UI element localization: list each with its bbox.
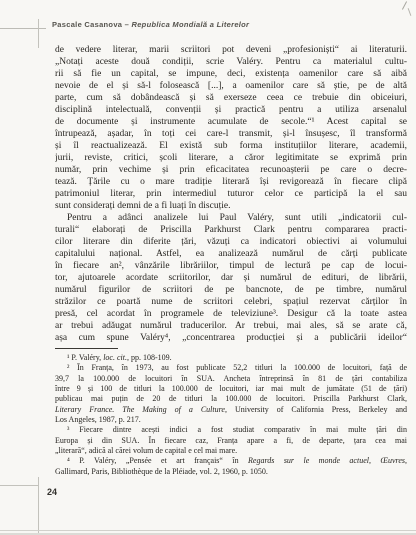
- text-line: cilor literare din diferite țări, văzuți…: [55, 236, 407, 248]
- text-line: ¹ P. Valéry, loc. cit., pp. 108-109.: [55, 353, 407, 363]
- text-line: în fiecare an², vânzările librăriilor, t…: [55, 260, 407, 272]
- text-line: Pentru a adânci analizele lui Paul Valér…: [55, 212, 407, 224]
- text-line: jurii, reviste, critici, școli literare,…: [55, 152, 407, 164]
- footnotes: ¹ P. Valéry, loc. cit., pp. 108-109.² În…: [55, 353, 407, 477]
- text-line: parte, cum să dobândească și să exerseze…: [55, 92, 407, 104]
- text-line: așa cum spune Valéry⁴, „concentrarea pro…: [55, 332, 407, 344]
- text-line: disciplină intelectuală, convenții și pr…: [55, 104, 407, 116]
- text-line: sunt considerați demni de a fi luați în …: [55, 200, 407, 212]
- text-line: 39,7 la 100.000 de locuitori în SUA. Anc…: [55, 374, 407, 384]
- scan-mark-bottom-edge: [0, 530, 416, 531]
- text-line: presă, cel acordat în programele de tele…: [55, 308, 407, 320]
- text-line: tează. Țările cu o mare tradiție literar…: [55, 176, 407, 188]
- text-line: și îl reactualizează. El există sub form…: [55, 140, 407, 152]
- text-line: ² În Franța, în 1973, au fost publicate …: [55, 363, 407, 373]
- text-line: publicau mai puțin de 20 de titluri la 1…: [55, 394, 407, 404]
- scan-mark-top-left-horizontal: [0, 28, 46, 29]
- text-line: ar trebui adăugat numărul traducerilor. …: [55, 320, 407, 332]
- text-line: rii să fie un capital, se impune, deci, …: [55, 68, 407, 80]
- scan-mark-bottom-left-horizontal: [0, 485, 39, 486]
- scan-mark-top-right: [402, 1, 407, 9]
- running-header: Pascale Casanova – Republica Mondială a …: [52, 20, 249, 29]
- running-header-author: Pascale Casanova –: [52, 20, 132, 29]
- text-line: „Notați aceste două condiții, scrie Valé…: [55, 56, 407, 68]
- text-line: capitalului național. Astfel, ea analize…: [55, 248, 407, 260]
- scan-mark-bottom-left-vertical: [38, 477, 39, 533]
- text-line: de documente și instrumente acumulate de…: [55, 116, 407, 128]
- page-number: 24: [47, 487, 57, 497]
- text-line: patrimoniul literar, prin intermediul tu…: [55, 188, 407, 200]
- text-line: Los Angeles, 1987, p. 217.: [55, 415, 407, 425]
- text-line: ⁴ P. Valéry, „Pensée et art français“ în…: [55, 456, 407, 466]
- text-line: de vedere literar, marii scriitori pot d…: [55, 44, 407, 56]
- text-line: Europa și din SUA. În fiecare caz, Franț…: [55, 436, 407, 446]
- text-line: Gallimard, Paris, Bibliothèque de la Plé…: [55, 467, 407, 477]
- text-line: Literary France. The Making of a Culture…: [55, 405, 407, 415]
- text-line: „literară“, adică al cărei volum de capi…: [55, 446, 407, 456]
- text-line: turali“ elaborați de Priscilla Parkhurst…: [55, 224, 407, 236]
- running-header-book-title: Republica Mondială a Literelor: [132, 20, 250, 29]
- text-line: numărul figurilor de scriitori de pe ban…: [55, 284, 407, 296]
- text-line: între 9 și 100 de titluri la 100.000 de …: [55, 384, 407, 394]
- text-line: ³ Fiecare dintre acești indici a fost st…: [55, 425, 407, 435]
- footnote-separator: [55, 348, 118, 349]
- text-line: nevoie de el și să-l folosească [...], a…: [55, 80, 407, 92]
- text-line: număr, prin vechime și prin eficacitatea…: [55, 164, 407, 176]
- text-line: întrupează, așadar, în toți cei care-l t…: [55, 128, 407, 140]
- text-line: tor, ajutoarele acordate scriitorilor, d…: [55, 272, 407, 284]
- body-text: de vedere literar, marii scriitori pot d…: [55, 44, 407, 344]
- scan-mark-top-right-2: [408, 8, 412, 16]
- text-line: străzilor ce poartă nume de scriitori ce…: [55, 296, 407, 308]
- scan-mark-top-left-vertical: [38, 19, 39, 48]
- scanned-book-page: Pascale Casanova – Republica Mondială a …: [0, 0, 416, 535]
